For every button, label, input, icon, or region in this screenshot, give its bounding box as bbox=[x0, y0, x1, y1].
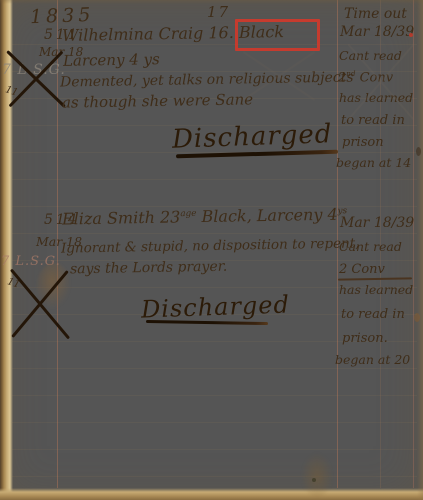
entry-514-timeout-note-1: has learned bbox=[339, 284, 413, 297]
entry-511-remarks-2: as though she were Sane bbox=[62, 92, 253, 110]
time-out-column-header: Time out bbox=[344, 7, 407, 21]
page-number: 17 bbox=[207, 5, 230, 20]
red-ink-dot bbox=[409, 33, 413, 37]
year-label: 1835 bbox=[30, 6, 95, 27]
entry-514-disposition: Discharged bbox=[141, 292, 291, 321]
prison-register-page: 1835 17 Time out 511 Mar 18 7 L.S.G. 11 … bbox=[0, 0, 423, 500]
age-superscript: age bbox=[180, 209, 196, 219]
entry-511-timeout-note-4: began at 14 bbox=[336, 157, 411, 170]
entry-514-timeout-note-4: began at 20 bbox=[335, 354, 410, 367]
stain-dark-speck bbox=[312, 478, 316, 482]
entry-511-faint-cross bbox=[243, 52, 315, 100]
page-bottom-edge bbox=[0, 488, 423, 500]
entry-511-timeout-faint-cross bbox=[348, 44, 414, 120]
edge-brown-speck bbox=[414, 313, 420, 322]
entry-514-timeout-date: Mar 18/39 bbox=[340, 216, 414, 230]
red-annotation-box bbox=[235, 19, 320, 51]
entry-514-disposition-underline bbox=[146, 320, 268, 325]
edge-ink-speck bbox=[416, 147, 421, 156]
bottom-right-stain bbox=[301, 452, 333, 497]
entry-514-name-line: Eliza Smith 23age Black, Larceny 4ys bbox=[62, 207, 347, 228]
page-right-edge bbox=[417, 0, 423, 500]
entry-514-cross-out bbox=[12, 270, 68, 338]
entry-514-conviction-underline bbox=[338, 277, 412, 280]
entry-511-timeout-date: Mar 18/39 bbox=[340, 25, 414, 39]
entry-514-remarks-1: Ignorant & stupid, no disposition to rep… bbox=[61, 237, 360, 256]
entry-511-timeout-note-3: prison bbox=[342, 136, 384, 149]
entry-511-cross-out bbox=[8, 52, 64, 106]
entry-511-offense: Larceny 4 ys bbox=[63, 52, 160, 69]
entry-514-timeout-conviction: 2 Conv bbox=[339, 263, 385, 276]
entry-514-timeout-read: Cant read bbox=[339, 241, 402, 254]
entry-514-timeout-note-3: prison. bbox=[342, 332, 388, 345]
entry-511-disposition: Discharged bbox=[172, 121, 333, 153]
entry-514-remarks-2: says the Lords prayer. bbox=[70, 260, 228, 277]
entry-514-timeout-note-2: to read in bbox=[341, 308, 405, 321]
